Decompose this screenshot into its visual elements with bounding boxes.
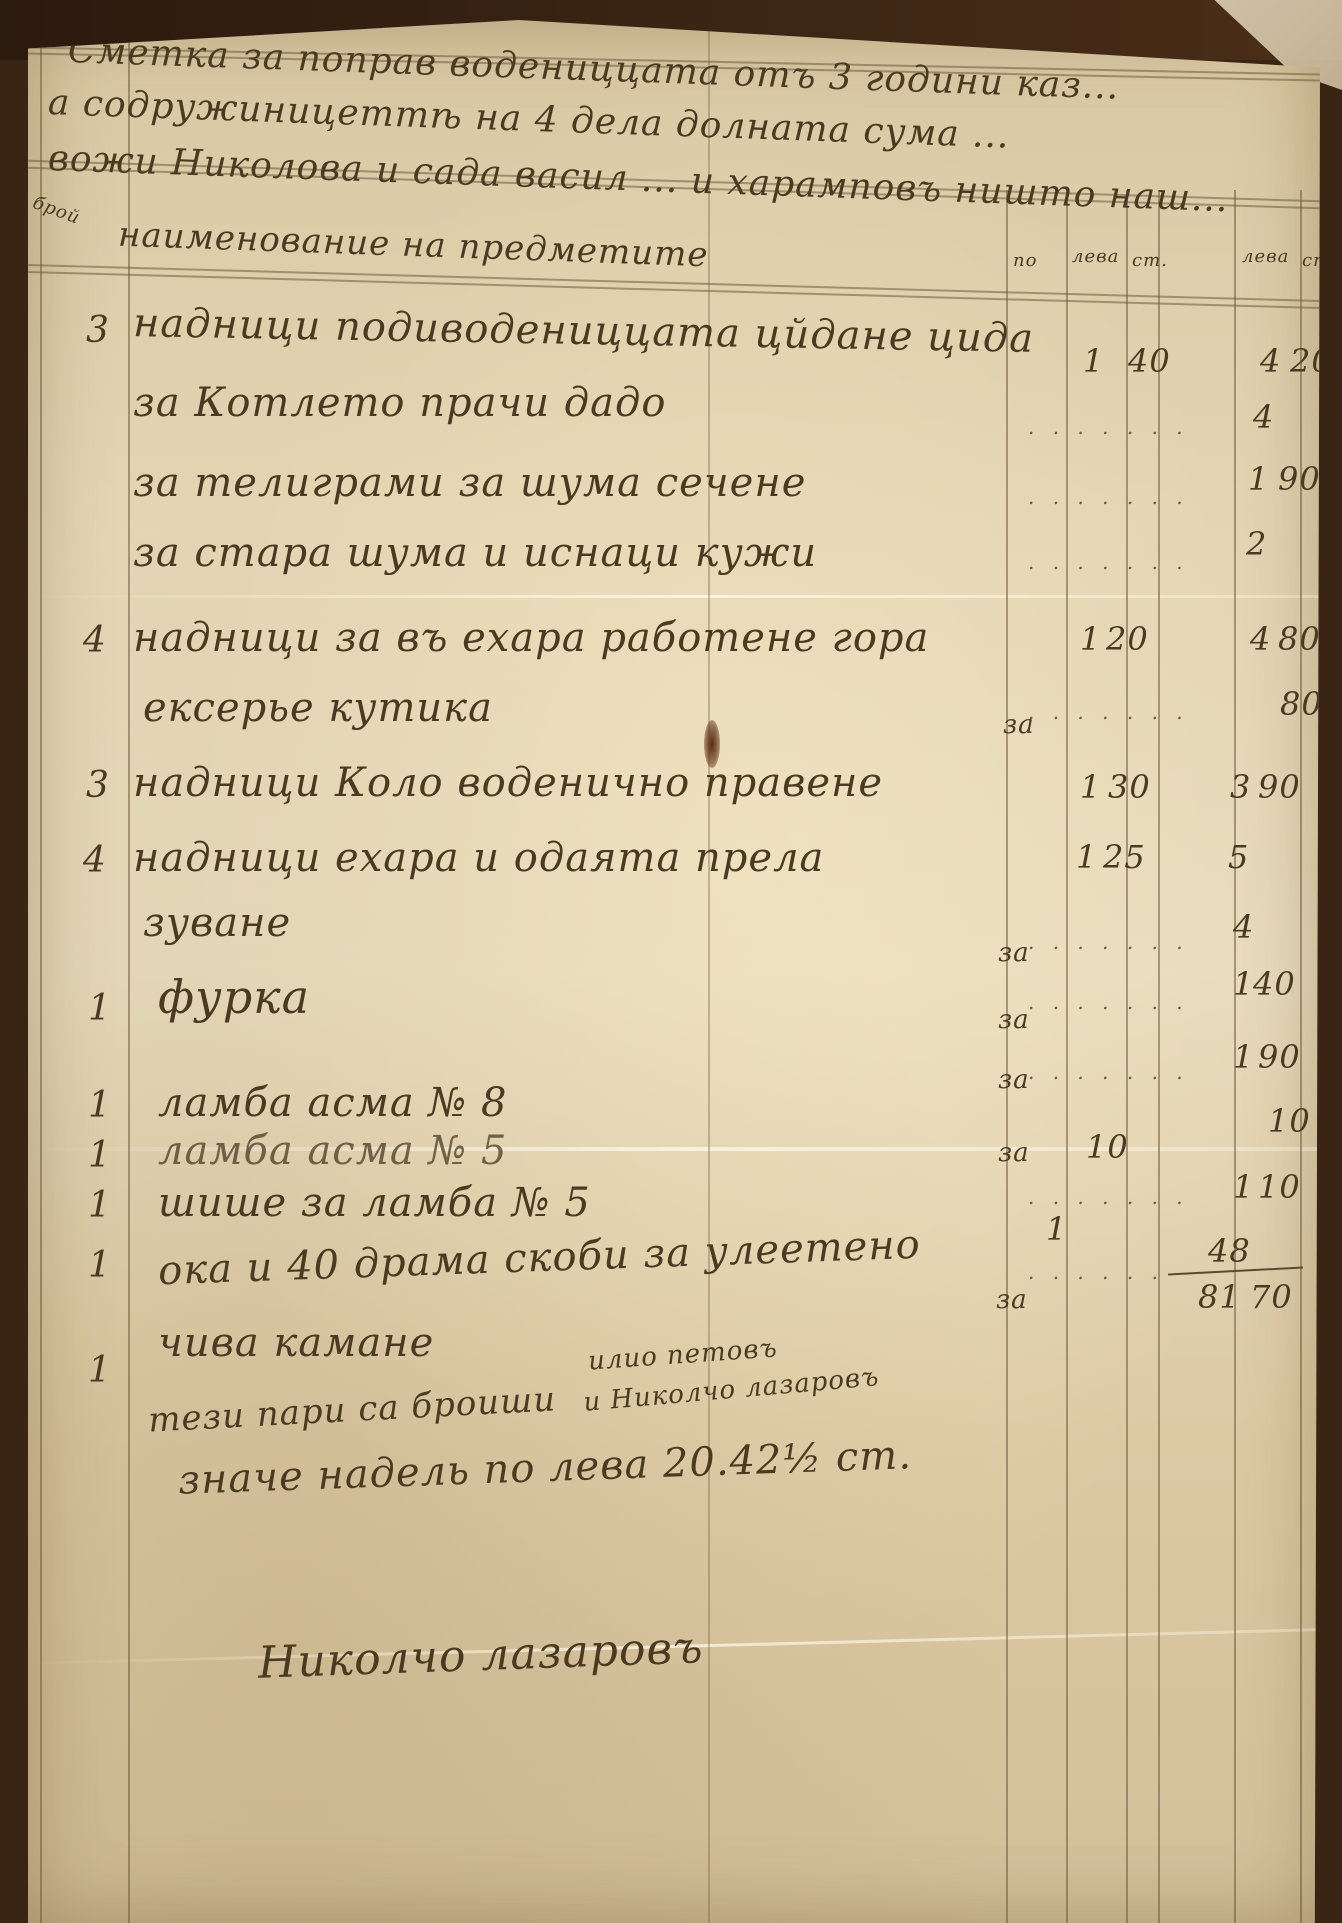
row-rate-st: 40 (1128, 342, 1171, 380)
row-description: надници Коло воденично правене (133, 760, 883, 806)
rule-line (1158, 190, 1160, 1923)
row-total-lev: 4 (1250, 620, 1271, 658)
column-header-total-st: ст. (1302, 250, 1338, 271)
dot-leader: . . . . . . (1028, 1260, 1164, 1284)
rule-line (1066, 190, 1068, 1923)
row-description: фурка (158, 970, 310, 1024)
grand-total-st: 70 (1250, 1278, 1293, 1316)
row-qty: 1 (88, 1245, 112, 1286)
row-rate-lev: 1 (1046, 1210, 1067, 1248)
row-za-marker: за (996, 1285, 1028, 1315)
column-header-description: наименование на предметите (117, 215, 709, 276)
column-header-qty: брой (30, 192, 83, 228)
row-za-marker: за (998, 1138, 1030, 1168)
row-total-lev: 4 (1260, 342, 1281, 380)
row-qty: 4 (83, 620, 107, 661)
row-total-lev: 5 (1228, 838, 1249, 876)
row-total-lev: 1 (1233, 1038, 1254, 1076)
dot-leader: . . . . . . . (1028, 415, 1189, 439)
row-description: надници подиводениццата цйдане цидa (133, 300, 1035, 362)
row-total-st: 40 (1253, 965, 1296, 1003)
row-rate-st: 25 (1103, 838, 1146, 876)
row-rate-lev: 1 (1083, 342, 1104, 380)
row-za-marker: за (998, 938, 1030, 968)
footer-name-1: илио петовъ (587, 1333, 779, 1376)
row-description: за стара шума и иснаци кужи (133, 530, 817, 576)
row-description: надници за въ ехара работене гора (133, 615, 929, 661)
rule-line (708, 20, 710, 1923)
row-qty: 1 (88, 988, 112, 1029)
row-total-lev: 4 (1233, 908, 1254, 946)
rule-line (128, 20, 130, 1923)
ledger-sheet: Сметка за поправ водениццата отъ 3 годин… (28, 20, 1320, 1923)
row-total-lev: 1 (1233, 965, 1254, 1003)
row-description: шише за ламба № 5 (158, 1180, 591, 1226)
column-header-total-lev: лева (1242, 246, 1289, 267)
row-total-st: 90 (1258, 1038, 1301, 1076)
row-description: зуване (143, 900, 291, 946)
rule-line (40, 20, 42, 1923)
row-qty: 4 (83, 840, 107, 881)
row-total-st: 90 (1278, 460, 1321, 498)
row-description: ламба асма № 8 (158, 1080, 507, 1126)
dot-leader: . . . . . . . (1028, 990, 1189, 1014)
rule-line (1006, 190, 1008, 1923)
column-header-rate-st: ст. (1132, 250, 1168, 271)
ink-stain (704, 720, 720, 768)
row-qty: 1 (88, 1135, 112, 1176)
row-qty: 1 (88, 1350, 112, 1391)
row-description: за Котлето прачи дадо (133, 380, 666, 426)
dot-leader: . . . . . . . (1028, 1060, 1189, 1084)
row-rate-st: 20 (1106, 620, 1149, 658)
footer-share-note: значе надель по лева 20.42½ ст. (177, 1432, 912, 1504)
row-total-lev: 4 (1253, 398, 1274, 436)
row-total-st: 10 (1268, 1102, 1311, 1140)
row-total-st: 90 (1258, 768, 1301, 806)
dot-leader: . . . . . . . (1028, 485, 1189, 509)
header-line-3: вожи Николова и сада васил ... и харампо… (47, 138, 1229, 220)
row-total-st: 10 (1258, 1168, 1301, 1206)
row-total-st: 80 (1278, 620, 1321, 658)
row-rate-st: 10 (1086, 1128, 1129, 1166)
row-description: ламба асма № 5 (158, 1128, 507, 1174)
row-rate-lev: 1 (1080, 768, 1101, 806)
row-description: за телиграми за шума сечене (133, 460, 806, 506)
row-description: надници ехара и одаята прелa (133, 835, 824, 881)
row-total-lev: 1 (1248, 460, 1269, 498)
column-header-rate-lev: лева (1072, 246, 1119, 267)
row-description: чива камане (158, 1320, 434, 1366)
row-total-lev: 2 (1246, 525, 1267, 563)
row-qty: 1 (88, 1185, 112, 1226)
column-header-rate: по (1013, 250, 1037, 271)
row-description: ока и 40 драма скоби за улеетено (157, 1222, 921, 1295)
row-qty: 3 (86, 765, 110, 806)
dot-leader: . . . . . . . (1028, 930, 1189, 954)
row-rate-lev: 1 (1080, 620, 1101, 658)
row-rate-lev: 1 (1076, 838, 1097, 876)
grand-total-lev: 81 (1198, 1278, 1241, 1316)
row-description: ексерье кутика (143, 685, 493, 731)
row-qty: 1 (88, 1085, 112, 1126)
row-total-st: 48 (1208, 1232, 1251, 1270)
dot-leader: . . . . . . . (1028, 550, 1189, 574)
rule-line (1126, 190, 1128, 1923)
row-total-lev: 3 (1230, 768, 1251, 806)
dot-leader: . . . . . . . (1028, 1185, 1189, 1209)
row-total-st: 80 (1280, 685, 1323, 723)
dot-leader: . . . . . . . (1028, 700, 1189, 724)
signature: Николчо лазаровъ (257, 1622, 704, 1689)
row-total-st: 20 (1290, 342, 1333, 380)
footer-paid-by: тези пари са броиши (147, 1379, 557, 1440)
row-total-lev: 1 (1233, 1168, 1254, 1206)
row-qty: 3 (86, 310, 110, 351)
row-za-marker: за (998, 1005, 1030, 1035)
row-za-marker: за (998, 1065, 1030, 1095)
row-rate-st: 30 (1108, 768, 1151, 806)
